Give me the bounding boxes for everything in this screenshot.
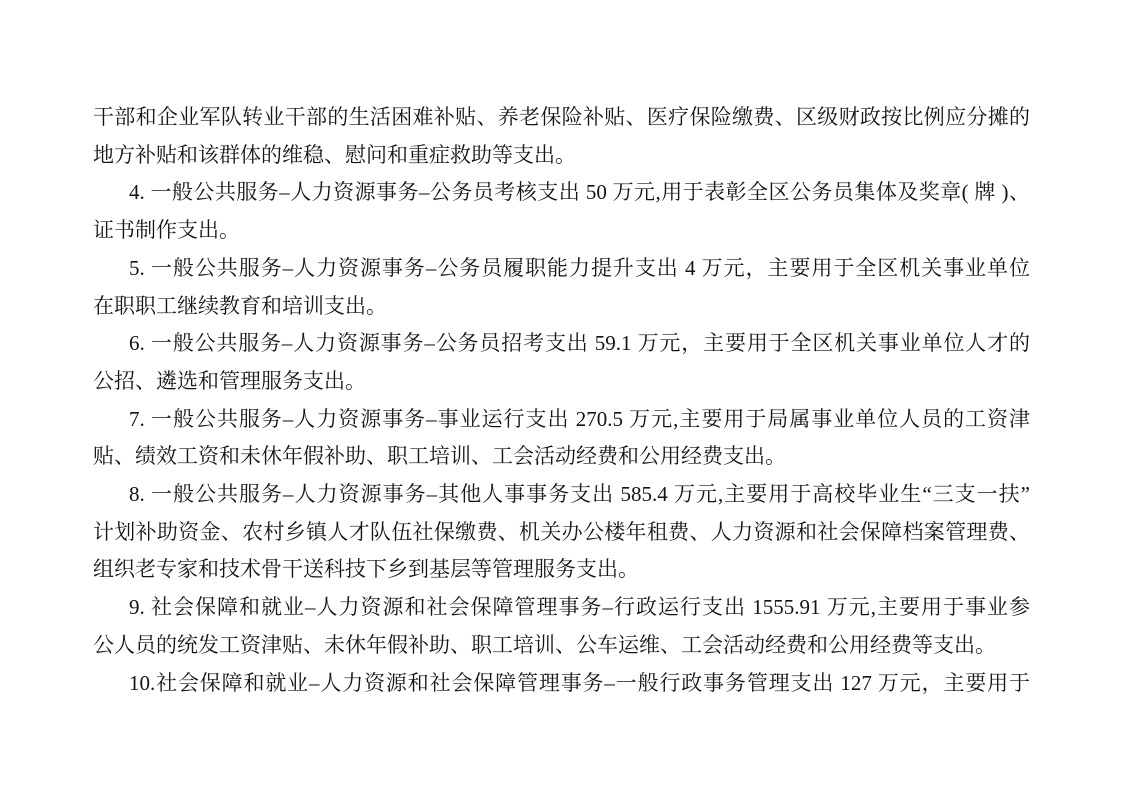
paragraph-item-9-line-1: 9. 社会保障和就业–人力资源和社会保障管理事务–行政运行支出 1555.91 … — [93, 589, 1030, 627]
paragraph-item-5-line-2: 在职职工继续教育和培训支出。 — [93, 288, 1030, 326]
document-page: 干部和企业军队转业干部的生活困难补贴、养老保险补贴、医疗保险缴费、区级财政按比例… — [0, 0, 1122, 793]
paragraph-item-4-line-2: 证书制作支出。 — [93, 212, 1030, 250]
paragraph-item-4-line-1: 4. 一般公共服务–人力资源事务–公务员考核支出 50 万元,用于表彰全区公务员… — [93, 174, 1030, 212]
paragraph-item-9-line-2: 公人员的统发工资津贴、未休年假补助、职工培训、公车运维、工会活动经费和公用经费等… — [93, 627, 1030, 665]
paragraph-item-10-line-1: 10.社会保障和就业–人力资源和社会保障管理事务–一般行政事务管理支出 127 … — [93, 665, 1030, 703]
paragraph-continuation-line-1: 干部和企业军队转业干部的生活困难补贴、养老保险补贴、医疗保险缴费、区级财政按比例… — [93, 99, 1030, 137]
paragraph-item-6-line-1: 6. 一般公共服务–人力资源事务–公务员招考支出 59.1 万元，主要用于全区机… — [93, 325, 1030, 363]
paragraph-continuation-line-2: 地方补贴和该群体的维稳、慰问和重症救助等支出。 — [93, 137, 1030, 175]
paragraph-item-7-line-1: 7. 一般公共服务–人力资源事务–事业运行支出 270.5 万元,主要用于局属事… — [93, 401, 1030, 439]
paragraph-item-5-line-1: 5. 一般公共服务–人力资源事务–公务员履职能力提升支出 4 万元，主要用于全区… — [93, 250, 1030, 288]
paragraph-item-8-line-2: 计划补助资金、农村乡镇人才队伍社保缴费、机关办公楼年租费、人力资源和社会保障档案… — [93, 514, 1030, 552]
paragraph-item-8-line-1: 8. 一般公共服务–人力资源事务–其他人事事务支出 585.4 万元,主要用于高… — [93, 476, 1030, 514]
paragraph-item-8-line-3: 组织老专家和技术骨干送科技下乡到基层等管理服务支出。 — [93, 551, 1030, 589]
paragraph-item-6-line-2: 公招、遴选和管理服务支出。 — [93, 363, 1030, 401]
document-body: 干部和企业军队转业干部的生活困难补贴、养老保险补贴、医疗保险缴费、区级财政按比例… — [93, 99, 1030, 702]
paragraph-item-7-line-2: 贴、绩效工资和未休年假补助、职工培训、工会活动经费和公用经费支出。 — [93, 438, 1030, 476]
